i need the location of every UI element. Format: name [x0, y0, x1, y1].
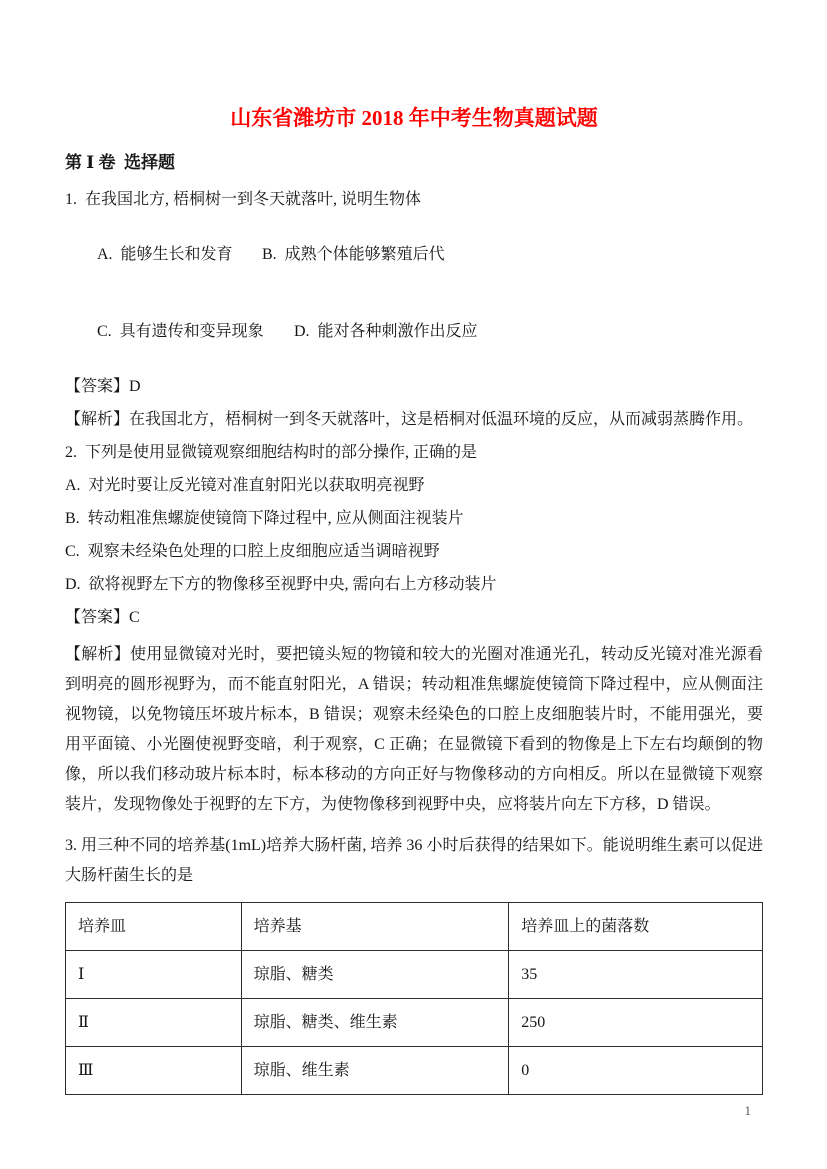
q2-option-c: C. 观察未经染色处理的口腔上皮细胞应适当调暗视野 — [65, 541, 763, 563]
table-cell-count-3: 0 — [509, 1047, 763, 1095]
page-title: 山东省潍坊市 2018 年中考生物真题试题 — [65, 104, 763, 133]
q1-options-row-ab: A. 能够生长和发育B. 成熟个体能够繁殖后代 — [65, 222, 763, 288]
table-cell-medium-2: 琼脂、糖类、维生素 — [241, 999, 509, 1047]
table-header-dish: 培养皿 — [66, 903, 242, 951]
q1-options-row-cd: C. 具有遗传和变异现象D. 能对各种刺激作出反应 — [65, 299, 763, 365]
q1-option-b: B. 成熟个体能够繁殖后代 — [262, 246, 445, 263]
q1-stem: 1. 在我国北方, 梧桐树一到冬天就落叶, 说明生物体 — [65, 189, 763, 211]
q1-analysis: 【解析】在我国北方，梧桐树一到冬天就落叶，这是梧桐对低温环境的反应，从而减弱蒸腾… — [65, 409, 763, 431]
q1-answer: 【答案】D — [65, 376, 763, 398]
question-1: 1. 在我国北方, 梧桐树一到冬天就落叶, 说明生物体 A. 能够生长和发育B.… — [65, 189, 763, 431]
q3-stem: 3. 用三种不同的培养基(1mL)培养大肠杆菌, 培养 36 小时后获得的结果如… — [65, 831, 763, 891]
colony-count-table: 培养皿 培养基 培养皿上的菌落数 Ⅰ 琼脂、糖类 35 Ⅱ 琼脂、糖类、维生素 … — [65, 902, 763, 1095]
question-3: 3. 用三种不同的培养基(1mL)培养大肠杆菌, 培养 36 小时后获得的结果如… — [65, 831, 763, 1095]
table-header-row: 培养皿 培养基 培养皿上的菌落数 — [66, 903, 763, 951]
exam-page: 山东省潍坊市 2018 年中考生物真题试题 第 Ⅰ 卷 选择题 1. 在我国北方… — [0, 0, 827, 1095]
q1-option-d: D. 能对各种刺激作出反应 — [294, 323, 478, 340]
table-cell-count-1: 35 — [509, 951, 763, 999]
q2-option-b: B. 转动粗准焦螺旋使镜筒下降过程中, 应从侧面注视装片 — [65, 508, 763, 530]
section-heading: 第 Ⅰ 卷 选择题 — [65, 151, 763, 174]
table-cell-medium-1: 琼脂、糖类 — [241, 951, 509, 999]
table-header-medium: 培养基 — [241, 903, 509, 951]
table-row-3: Ⅲ 琼脂、维生素 0 — [66, 1047, 763, 1095]
page-number: 1 — [745, 1103, 752, 1119]
table-header-colony-count: 培养皿上的菌落数 — [509, 903, 763, 951]
table-cell-dish-3: Ⅲ — [66, 1047, 242, 1095]
q2-option-d: D. 欲将视野左下方的物像移至视野中央, 需向右上方移动装片 — [65, 574, 763, 596]
q2-option-a: A. 对光时要让反光镜对准直射阳光以获取明亮视野 — [65, 475, 763, 497]
page-content: 山东省潍坊市 2018 年中考生物真题试题 第 Ⅰ 卷 选择题 1. 在我国北方… — [0, 0, 827, 1095]
q1-option-c: C. 具有遗传和变异现象 — [97, 321, 294, 343]
table-cell-medium-3: 琼脂、维生素 — [241, 1047, 509, 1095]
table-cell-count-2: 250 — [509, 999, 763, 1047]
table-row-1: Ⅰ 琼脂、糖类 35 — [66, 951, 763, 999]
table-cell-dish-1: Ⅰ — [66, 951, 242, 999]
table-cell-dish-2: Ⅱ — [66, 999, 242, 1047]
q2-analysis: 【解析】使用显微镜对光时，要把镜头短的物镜和较大的光圈对准通光孔，转动反光镜对准… — [65, 640, 763, 820]
q1-option-a: A. 能够生长和发育 — [97, 244, 262, 266]
q2-stem: 2. 下列是使用显微镜观察细胞结构时的部分操作, 正确的是 — [65, 442, 763, 464]
question-2: 2. 下列是使用显微镜观察细胞结构时的部分操作, 正确的是 A. 对光时要让反光… — [65, 442, 763, 820]
table-row-2: Ⅱ 琼脂、糖类、维生素 250 — [66, 999, 763, 1047]
q2-answer: 【答案】C — [65, 607, 763, 629]
